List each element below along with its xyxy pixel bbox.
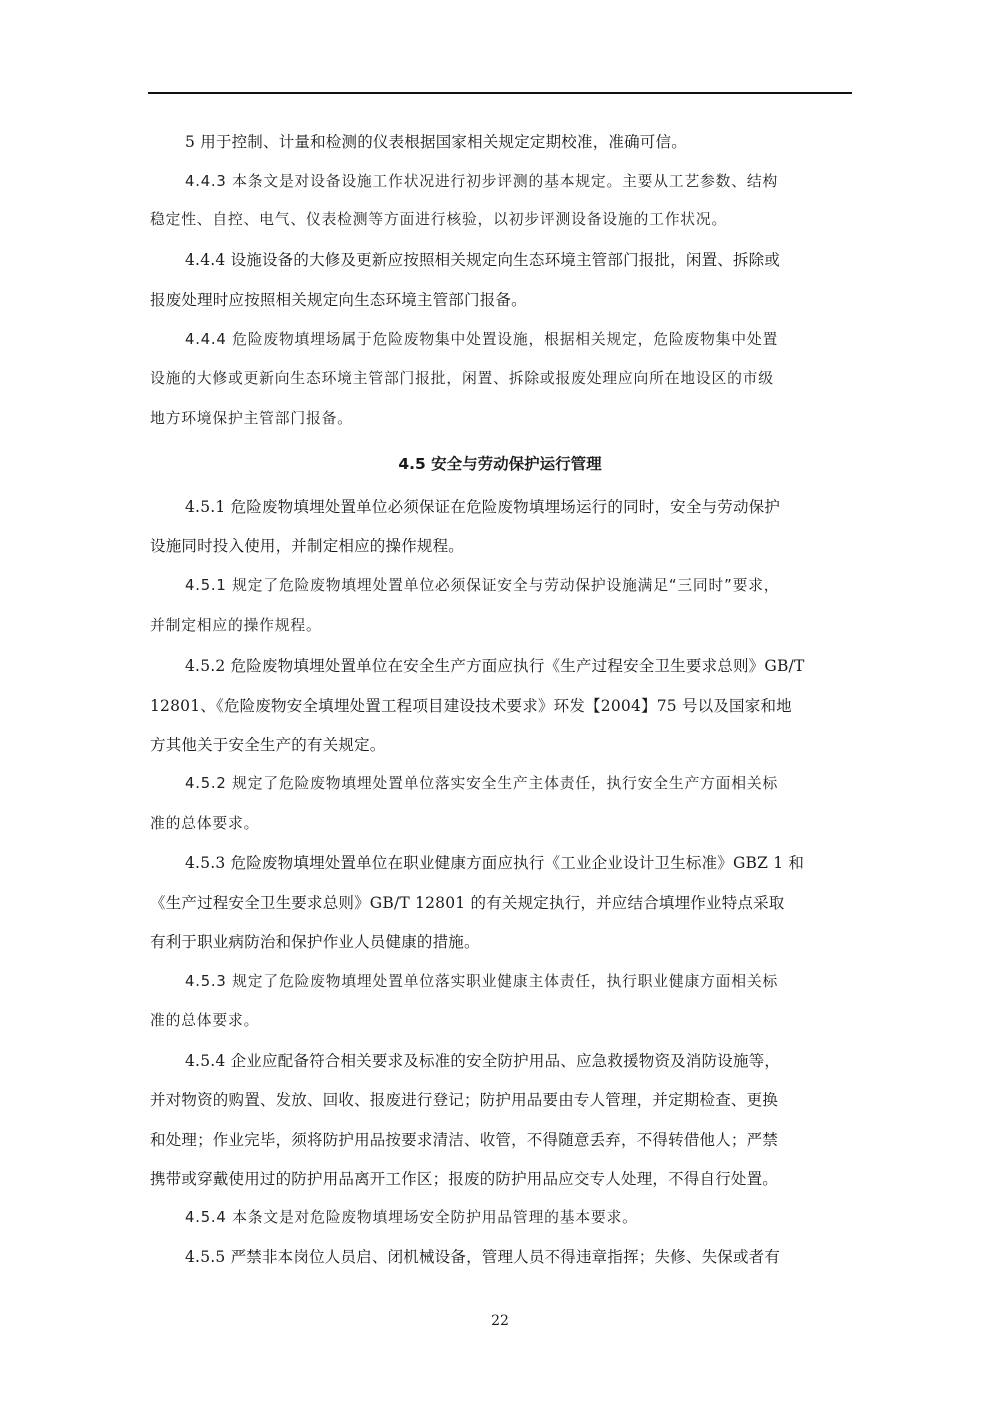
clause-line: 《生产过程安全卫生要求总则》GB/T 12801 的有关规定执行，并应结合填埋作… bbox=[150, 893, 850, 913]
clause-line: 12801、《危险废物安全填埋处置工程项目建设技术要求》环发【2004】75 号… bbox=[150, 696, 850, 716]
clause-line: 和处理；作业完毕，须将防护用品按要求清洁、收管，不得随意丢弃，不得转借他人；严禁 bbox=[150, 1130, 850, 1150]
section-heading: 4.5 安全与劳动保护运行管理 bbox=[150, 454, 850, 474]
clause-line: 携带或穿戴使用过的防护用品离开工作区；报废的防护用品应交专人处理，不得自行处置。 bbox=[150, 1169, 850, 1189]
explanation-line: 地方环境保护主管部门报备。 bbox=[150, 409, 850, 429]
clause-line: 4.5.2 危险废物填埋处置单位在安全生产方面应执行《生产过程安全卫生要求总则》… bbox=[185, 656, 850, 676]
clause-line: 设施同时投入使用，并制定相应的操作规程。 bbox=[150, 536, 850, 556]
clause-line: 报废处理时应按照相关规定向生态环境主管部门报备。 bbox=[150, 290, 850, 310]
explanation-line: 稳定性、自控、电气、仪表检测等方面进行核验，以初步评测设备设施的工作状况。 bbox=[150, 210, 850, 230]
explanation-line: 准的总体要求。 bbox=[150, 1011, 850, 1031]
clause-line: 并对物资的购置、发放、回收、报废进行登记；防护用品要由专人管理，并定期检查、更换 bbox=[150, 1090, 850, 1110]
clause-line: 4.5.5 严禁非本岗位人员启、闭机械设备，管理人员不得违章指挥；失修、失保或者… bbox=[185, 1247, 850, 1267]
explanation-line: 4.5.4 本条文是对危险废物填埋场安全防护用品管理的基本要求。 bbox=[185, 1208, 850, 1228]
explanation-line: 设施的大修或更新向生态环境主管部门报批，闲置、拆除或报废处理应向所在地设区的市级 bbox=[150, 369, 850, 389]
clause-line: 5 用于控制、计量和检测的仪表根据国家相关规定定期校准，准确可信。 bbox=[185, 132, 850, 152]
explanation-line: 并制定相应的操作规程。 bbox=[150, 616, 850, 636]
header-rule bbox=[148, 92, 852, 94]
clause-line: 4.5.3 危险废物填埋处置单位在职业健康方面应执行《工业企业设计卫生标准》GB… bbox=[185, 853, 850, 873]
clause-line: 4.5.4 企业应配备符合相关要求及标准的安全防护用品、应急救援物资及消防设施等… bbox=[185, 1051, 850, 1071]
clause-line: 方其他关于安全生产的有关规定。 bbox=[150, 735, 850, 755]
explanation-line: 4.4.4 危险废物填埋场属于危险废物集中处置设施，根据相关规定，危险废物集中处… bbox=[185, 330, 850, 350]
explanation-line: 4.5.3 规定了危险废物填埋处置单位落实职业健康主体责任，执行职业健康方面相关… bbox=[185, 972, 850, 992]
explanation-line: 4.5.1 规定了危险废物填埋处置单位必须保证安全与劳动保护设施满足“三同时”要… bbox=[185, 576, 850, 596]
explanation-line: 4.5.2 规定了危险废物填埋处置单位落实安全生产主体责任，执行安全生产方面相关… bbox=[185, 774, 850, 794]
explanation-line: 4.4.3 本条文是对设备设施工作状况进行初步评测的基本规定。主要从工艺参数、结… bbox=[185, 172, 850, 192]
clause-line: 4.4.4 设施设备的大修及更新应按照相关规定向生态环境主管部门报批，闲置、拆除… bbox=[185, 250, 850, 270]
clause-line: 4.5.1 危险废物填埋处置单位必须保证在危险废物填埋场运行的同时，安全与劳动保… bbox=[185, 497, 850, 517]
page-number: 22 bbox=[0, 1312, 1000, 1330]
explanation-line: 准的总体要求。 bbox=[150, 814, 850, 834]
clause-line: 有利于职业病防治和保护作业人员健康的措施。 bbox=[150, 932, 850, 952]
